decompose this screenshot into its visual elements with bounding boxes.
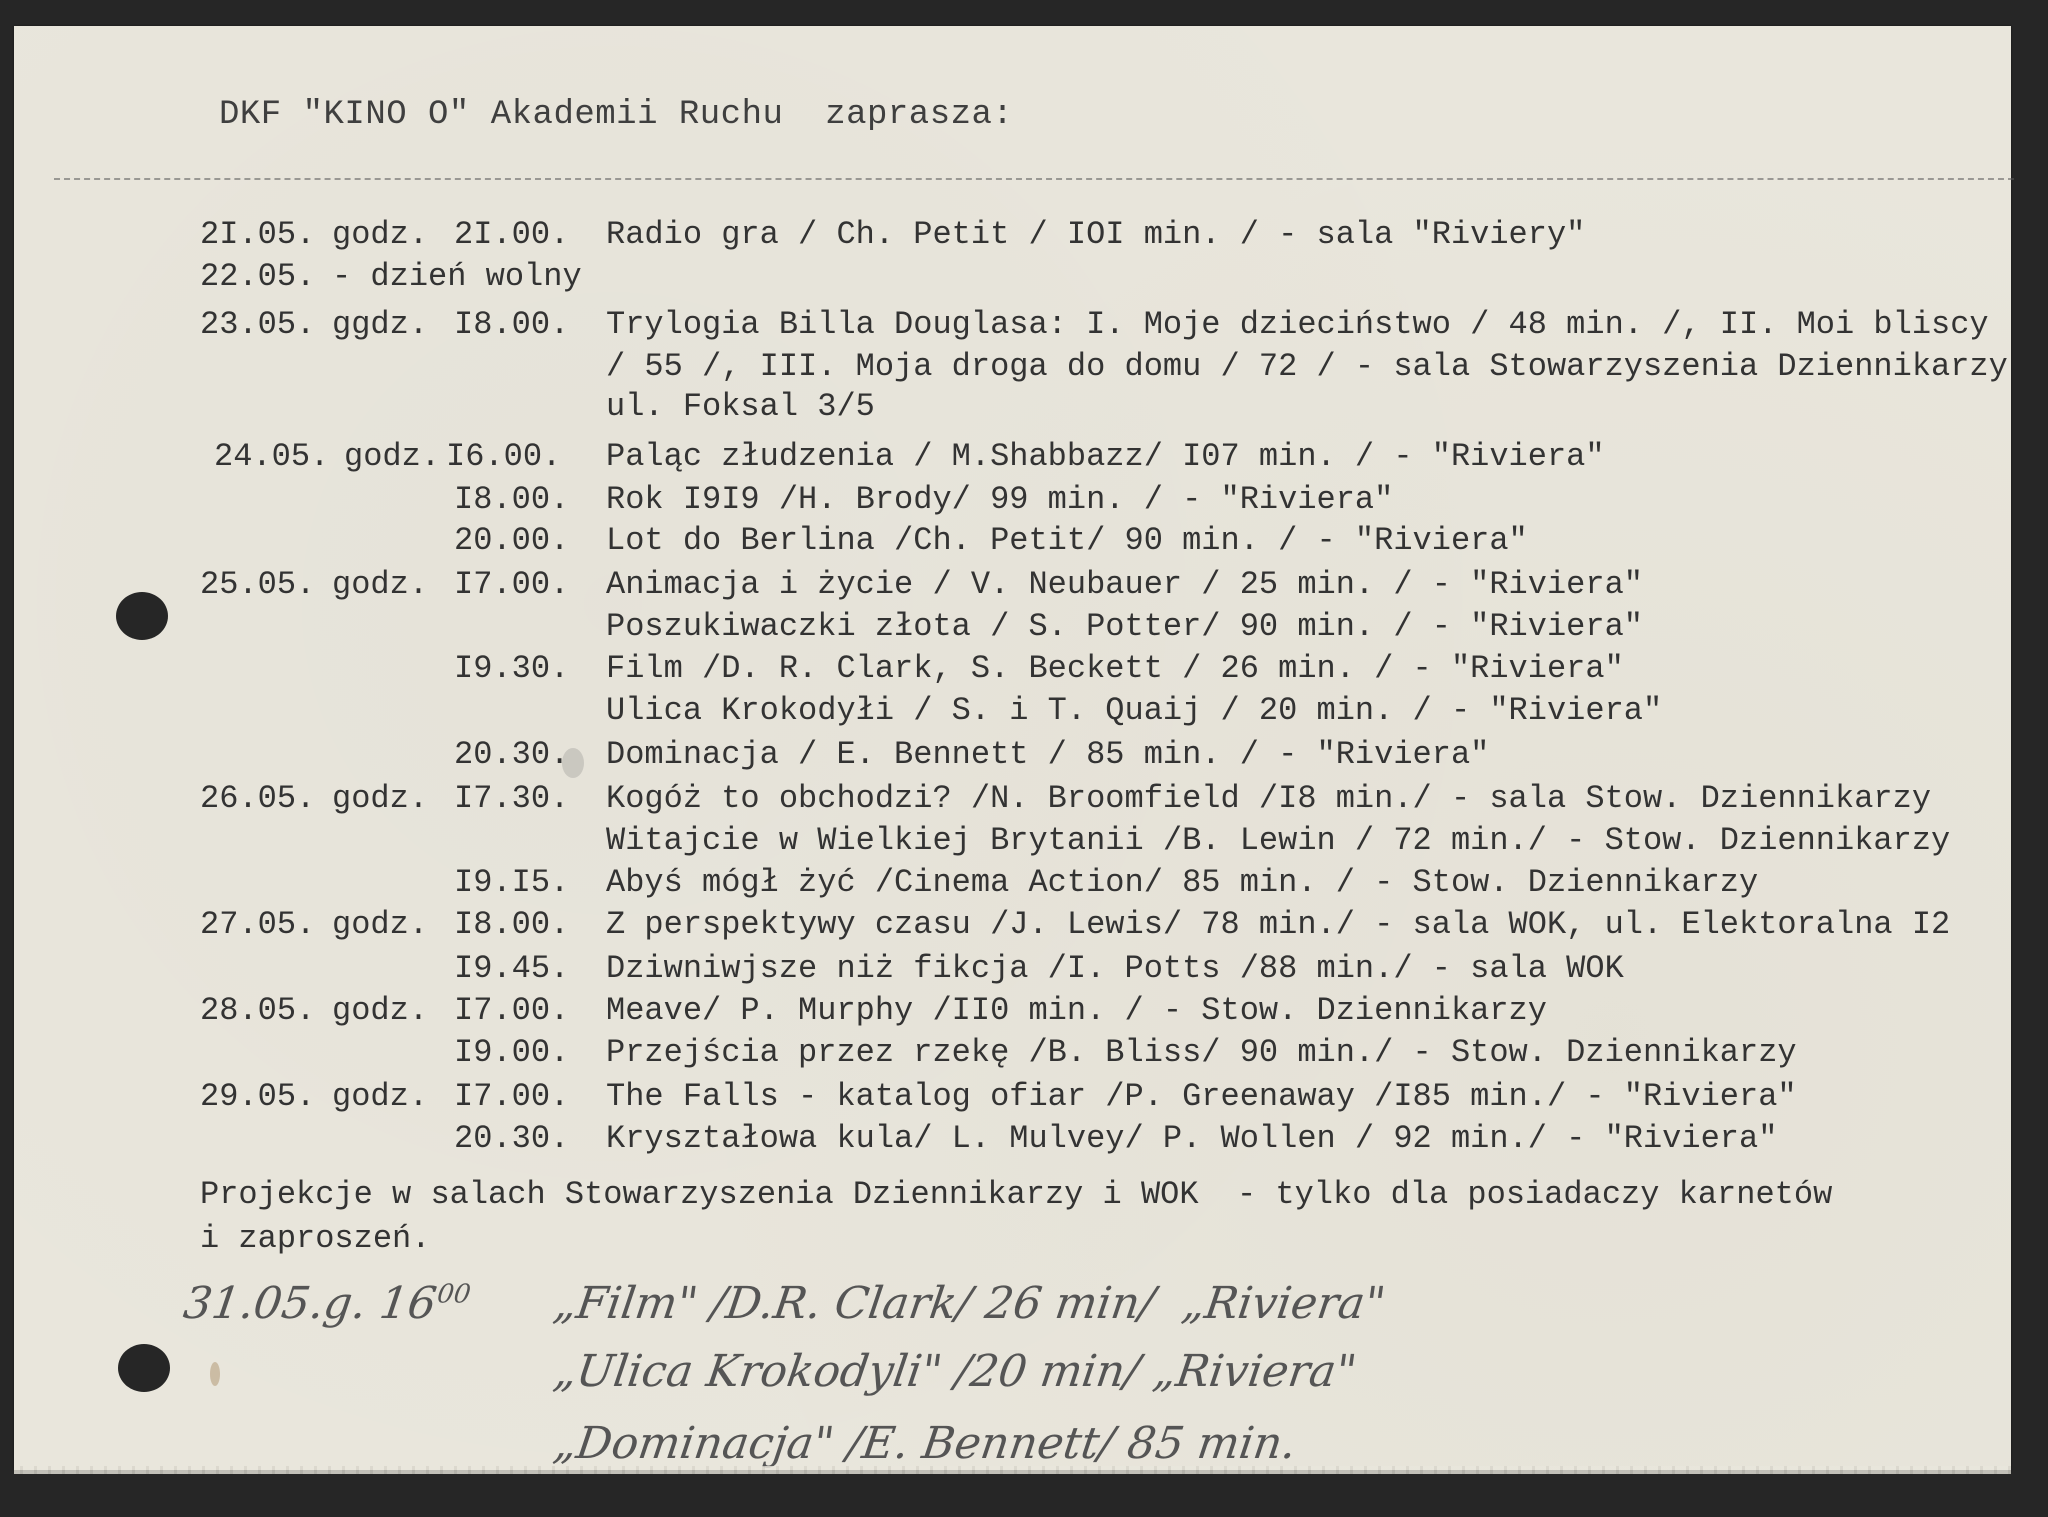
schedule-description: Poszukiwaczki złota / S. Potter/ 90 min.… <box>606 608 1643 645</box>
schedule-description: Ulica Krokodyłi / S. i T. Quaij / 20 min… <box>606 692 1662 729</box>
schedule-description: Trylogia Billa Douglasa: I. Moje dzieciń… <box>606 306 1989 343</box>
schedule-godz: godz. <box>332 780 428 817</box>
schedule-date: 29.05. <box>200 1078 315 1115</box>
schedule-date: 2I.05. <box>200 216 315 253</box>
schedule-godz: godz. <box>344 438 440 475</box>
schedule-time: I9.I5. <box>454 864 569 901</box>
schedule-time: 2I.00. <box>454 216 569 253</box>
torn-edge <box>14 1466 2011 1474</box>
punch-hole-upper <box>116 592 168 640</box>
schedule-description: Meave/ P. Murphy /II0 min. / - Stow. Dzi… <box>606 992 1547 1029</box>
schedule-description: The Falls - katalog ofiar /P. Greenaway … <box>606 1078 1797 1115</box>
schedule-time: I9.00. <box>454 1034 569 1071</box>
schedule-description: Witajcie w Wielkiej Brytanii /B. Lewin /… <box>606 822 1950 859</box>
schedule-date: 26.05. <box>200 780 315 817</box>
schedule-time: I7.00. <box>454 992 569 1029</box>
schedule-description: Kryształowa kula/ L. Mulvey/ P. Wollen /… <box>606 1120 1777 1157</box>
schedule-description: Abyś mógł żyć /Cinema Action/ 85 min. / … <box>606 864 1758 901</box>
schedule-description: ul. Foksal 3/5 <box>606 388 875 425</box>
handwritten-line-2: „Ulica Krokodyli" /20 min/ „Riviera" <box>550 1346 1359 1397</box>
schedule-godz: godz. <box>332 906 428 943</box>
schedule-time: I7.00. <box>454 1078 569 1115</box>
schedule-godz: godz. <box>332 992 428 1029</box>
schedule-time: I8.00. <box>454 906 569 943</box>
schedule-date: 23.05. <box>200 306 315 343</box>
schedule-godz: godz. <box>332 1078 428 1115</box>
schedule-description: Dziwniwjsze niż fikcja /I. Potts /88 min… <box>606 950 1624 987</box>
schedule-description: / 55 /, III. Moja droga do domu / 72 / -… <box>606 348 2008 385</box>
paper-smudge <box>562 748 584 778</box>
handwritten-time-superscript: 00 <box>435 1279 472 1309</box>
schedule-time: I8.00. <box>454 481 569 518</box>
schedule-description: Dominacja / E. Bennett / 85 min. / - "Ri… <box>606 736 1489 773</box>
schedule-description: Paląc złudzenia / M.Shabbazz/ I07 min. /… <box>606 438 1605 475</box>
schedule-description: Kogóż to obchodzi? /N. Broomfield /I8 mi… <box>606 780 1931 817</box>
schedule-time: I6.00. <box>446 438 561 475</box>
handwritten-date-text: 31.05.g. 16 <box>180 1278 439 1329</box>
schedule-description: - dzień wolny <box>332 258 582 295</box>
handwritten-date: 31.05.g. 1600 <box>180 1278 472 1329</box>
schedule-time: I8.00. <box>454 306 569 343</box>
schedule-time: I9.30. <box>454 650 569 687</box>
schedule-godz: ggdz. <box>332 306 428 343</box>
schedule-time: I7.00. <box>454 566 569 603</box>
schedule-godz: godz. <box>332 216 428 253</box>
handwritten-line-3: „Dominacja" /E. Bennett/ 85 min. <box>550 1418 1299 1469</box>
schedule-date: 25.05. <box>200 566 315 603</box>
schedule-date: 22.05. <box>200 258 315 295</box>
schedule-description: Film /D. R. Clark, S. Beckett / 26 min. … <box>606 650 1624 687</box>
schedule-time: 20.30. <box>454 736 569 773</box>
handwritten-line-1: „Film" /D.R. Clark/ 26 min/ „Riviera" <box>550 1278 1388 1329</box>
schedule-description: Radio gra / Ch. Petit / IOI min. / - sal… <box>606 216 1585 253</box>
punch-hole-lower <box>118 1344 170 1392</box>
schedule-time: 20.30. <box>454 1120 569 1157</box>
schedule-description: Przejścia przez rzekę /B. Bliss/ 90 min.… <box>606 1034 1797 1071</box>
schedule-time: 20.00. <box>454 522 569 559</box>
schedule-description: Rok I9I9 /H. Brody/ 99 min. / - "Riviera… <box>606 481 1393 518</box>
schedule-date: 28.05. <box>200 992 315 1029</box>
document-page: DKF "KINO O" Akademii Ruchu zaprasza: 2I… <box>14 26 2011 1470</box>
schedule-description: Z perspektywy czasu /J. Lewis/ 78 min./ … <box>606 906 1950 943</box>
note-line-2: i zaproszeń. <box>200 1220 430 1257</box>
note-line-1: Projekcje w salach Stowarzyszenia Dzienn… <box>200 1176 1832 1213</box>
paper-stain <box>210 1362 220 1386</box>
schedule-date: 24.05. <box>214 438 329 475</box>
header-divider <box>54 178 2014 180</box>
schedule-time: I7.30. <box>454 780 569 817</box>
schedule-godz: godz. <box>332 566 428 603</box>
schedule-description: Lot do Berlina /Ch. Petit/ 90 min. / - "… <box>606 522 1528 559</box>
schedule-description: Animacja i życie / V. Neubauer / 25 min.… <box>606 566 1643 603</box>
schedule-time: I9.45. <box>454 950 569 987</box>
document-header: DKF "KINO O" Akademii Ruchu zaprasza: <box>219 96 1013 134</box>
schedule-date: 27.05. <box>200 906 315 943</box>
